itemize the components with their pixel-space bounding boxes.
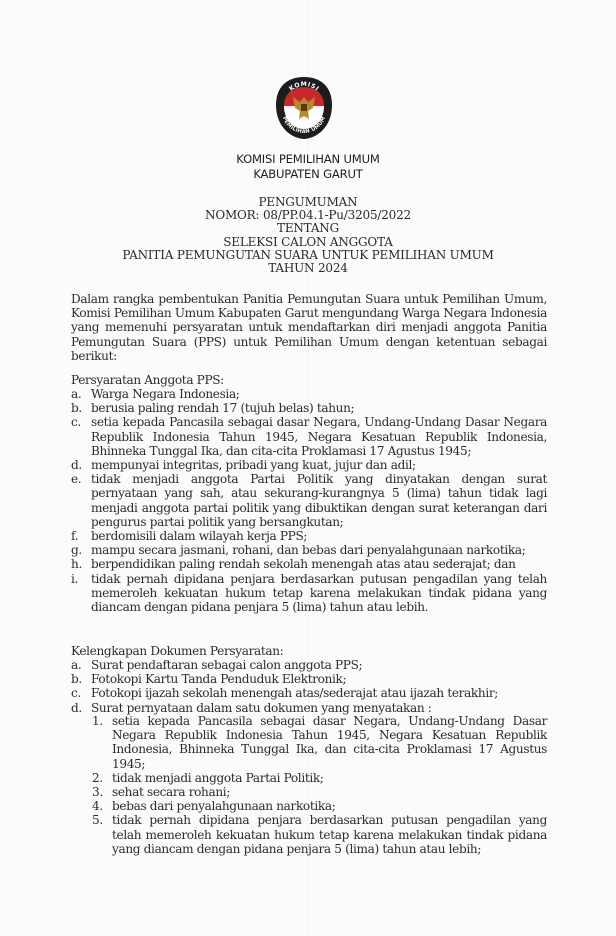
announcement-title: PENGUMUMAN NOMOR: 08/PP.04.1-Pu/3205/202… (0, 196, 616, 275)
list-item: h.berpendidikan paling rendah sekolah me… (91, 557, 547, 571)
list-item-text: berpendidikan paling rendah sekolah mene… (91, 557, 516, 571)
list-item: d.mempunyai integritas, pribadi yang kua… (91, 458, 547, 472)
list-item-text: Surat pernyataan dalam satu dokumen yang… (91, 701, 431, 715)
list-item-text: mempunyai integritas, pribadi yang kuat,… (91, 458, 416, 472)
list-item-text: setia kepada Pancasila sebagai dasar Neg… (112, 714, 547, 771)
requirements-heading: Persyaratan Anggota PPS: (71, 373, 224, 387)
list-marker: i. (71, 572, 78, 586)
list-item: e.tidak menjadi anggota Partai Politik y… (91, 472, 547, 529)
list-item: a.Surat pendaftaran sebagai calon anggot… (91, 658, 547, 672)
list-marker: 5. (92, 813, 103, 827)
documents-heading: Kelengkapan Dokumen Persyaratan: (71, 644, 283, 658)
list-item-text: Surat pendaftaran sebagai calon anggota … (91, 658, 362, 672)
list-item-text: berusia paling rendah 17 (tujuh belas) t… (91, 401, 354, 415)
kpu-garuda-emblem-icon: KOMISI PEMILIHAN UMUM (273, 75, 335, 141)
announcement-subject-1: SELEKSI CALON ANGGOTA (0, 236, 616, 249)
requirements-list: a.Warga Negara Indonesia;b.berusia palin… (91, 387, 547, 614)
list-marker: h. (71, 557, 82, 571)
list-item-text: mampu secara jasmani, rohani, dan bebas … (91, 543, 525, 557)
list-item: b.Fotokopi Kartu Tanda Penduduk Elektron… (91, 672, 547, 686)
list-item: g.mampu secara jasmani, rohani, dan beba… (91, 543, 547, 557)
statement-list: 1.setia kepada Pancasila sebagai dasar N… (112, 714, 547, 856)
list-marker: 1. (92, 714, 103, 728)
list-marker: a. (71, 387, 81, 401)
list-item: 1.setia kepada Pancasila sebagai dasar N… (112, 714, 547, 771)
list-item-text: setia kepada Pancasila sebagai dasar Neg… (91, 415, 547, 457)
org-name: KOMISI PEMILIHAN UMUM (0, 152, 616, 166)
list-item-text: tidak pernah dipidana penjara berdasarka… (112, 813, 547, 855)
list-marker: b. (71, 401, 82, 415)
list-marker: f. (71, 529, 78, 543)
list-item: 2.tidak menjadi anggota Partai Politik; (112, 771, 547, 785)
list-item-text: Fotokopi ijazah sekolah menengah atas/se… (91, 686, 498, 700)
org-region: KABUPATEN GARUT (0, 167, 616, 181)
list-marker: e. (71, 472, 81, 486)
list-marker: g. (71, 543, 82, 557)
list-item: i.tidak pernah dipidana penjara berdasar… (91, 572, 547, 615)
list-item-text: tidak menjadi anggota Partai Politik; (112, 771, 324, 785)
list-item-text: bebas dari penyalahgunaan narkotika; (112, 799, 335, 813)
list-item-text: tidak menjadi anggota Partai Politik yan… (91, 472, 547, 529)
list-marker: 2. (92, 771, 103, 785)
list-marker: c. (71, 686, 81, 700)
list-marker: c. (71, 415, 81, 429)
list-item-text: Fotokopi Kartu Tanda Penduduk Elektronik… (91, 672, 346, 686)
list-item: c.Fotokopi ijazah sekolah menengah atas/… (91, 686, 547, 700)
list-item: f.berdomisili dalam wilayah kerja PPS; (91, 529, 547, 543)
announcement-about: TENTANG (0, 222, 616, 235)
list-item: 4.bebas dari penyalahgunaan narkotika; (112, 799, 547, 813)
list-marker: a. (71, 658, 81, 672)
list-item: b.berusia paling rendah 17 (tujuh belas)… (91, 401, 547, 415)
announcement-subject-3: TAHUN 2024 (0, 262, 616, 275)
list-item: 3.sehat secara rohani; (112, 785, 547, 799)
list-item-text: tidak pernah dipidana penjara berdasarka… (91, 572, 547, 614)
intro-paragraph: Dalam rangka pembentukan Panitia Pemungu… (71, 292, 547, 363)
list-item-text: berdomisili dalam wilayah kerja PPS; (91, 529, 307, 543)
list-item: a.Warga Negara Indonesia; (91, 387, 547, 401)
list-marker: d. (71, 701, 82, 715)
document-page: KOMISI PEMILIHAN UMUM KOMISI PEMILIHAN U… (0, 0, 616, 936)
documents-list: a.Surat pendaftaran sebagai calon anggot… (91, 658, 547, 715)
list-marker: d. (71, 458, 82, 472)
list-item: d.Surat pernyataan dalam satu dokumen ya… (91, 701, 547, 715)
list-item: c.setia kepada Pancasila sebagai dasar N… (91, 415, 547, 458)
list-item-text: Warga Negara Indonesia; (91, 387, 240, 401)
list-item-text: sehat secara rohani; (112, 785, 230, 799)
list-marker: 4. (92, 799, 103, 813)
list-marker: b. (71, 672, 82, 686)
list-marker: 3. (92, 785, 103, 799)
list-item: 5.tidak pernah dipidana penjara berdasar… (112, 813, 547, 856)
